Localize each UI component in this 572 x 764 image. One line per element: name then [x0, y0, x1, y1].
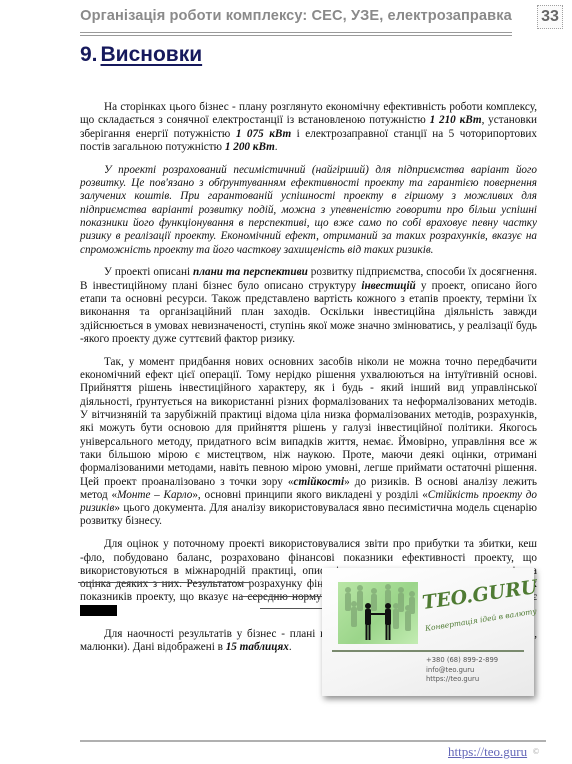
storage-capacity: 1 075 кВт [236, 128, 291, 140]
text: . [275, 141, 278, 153]
signature-line [78, 582, 250, 583]
header-title: Організація роботи комплексу: СЕС, УЗЕ, … [80, 8, 512, 24]
page-header: Організація роботи комплексу: СЕС, УЗЕ, … [80, 6, 512, 32]
emphasis: стійкості [293, 476, 344, 488]
solar-capacity: 1 210 кВт [430, 114, 482, 126]
card-divider [332, 650, 524, 652]
business-card: TEO.GURU Конвертація ідей в валюту +380 … [322, 568, 534, 696]
footer-divider [80, 740, 546, 742]
text: », основні принципи якого викладені у ро… [192, 489, 427, 501]
copyright-icon: © [533, 747, 539, 756]
method-name: Монте – Карло [117, 489, 192, 501]
contact-info: +380 (68) 899-2-899 info@teo.guru https:… [426, 656, 498, 685]
signature-line [240, 596, 325, 597]
footer-website-link[interactable]: https://teo.guru [448, 744, 527, 760]
header-divider [80, 32, 512, 33]
paragraph-pessimistic: У проекті розрахований песимістичний (на… [80, 164, 537, 257]
page-number: 33 [537, 5, 563, 29]
text: Так, у момент придбання нових основних з… [80, 356, 537, 488]
paragraph-summary: На сторінках цього бізнес - плану розгля… [80, 101, 537, 154]
handshake-image [338, 582, 418, 644]
paragraph-risk: Так, у момент придбання нових основних з… [80, 356, 537, 529]
signature-line [260, 608, 325, 609]
charging-capacity: 1 200 кВт [225, 141, 275, 153]
phone-number: +380 (68) 899-2-899 [426, 656, 498, 666]
header-divider [80, 35, 512, 36]
people-silhouettes-icon [338, 582, 418, 644]
emphasis: інвестицій [361, 280, 415, 292]
text: . [289, 641, 292, 653]
text: » цього документа. Для аналізу використо… [80, 502, 537, 527]
emphasis: плани та перспективи [193, 266, 308, 278]
section-title: 9.Висновки [80, 43, 202, 67]
text: У проекті описані [104, 266, 193, 278]
email-link[interactable]: info@teo.guru [426, 666, 498, 676]
website-link[interactable]: https://teo.guru [426, 675, 498, 685]
paragraph-plans: У проекті описані плани та перспективи р… [80, 266, 537, 346]
section-heading[interactable]: Висновки [101, 43, 203, 66]
section-number: 9. [80, 43, 98, 66]
redacted-value [80, 605, 117, 616]
tables-count: 15 таблицях [226, 641, 289, 653]
